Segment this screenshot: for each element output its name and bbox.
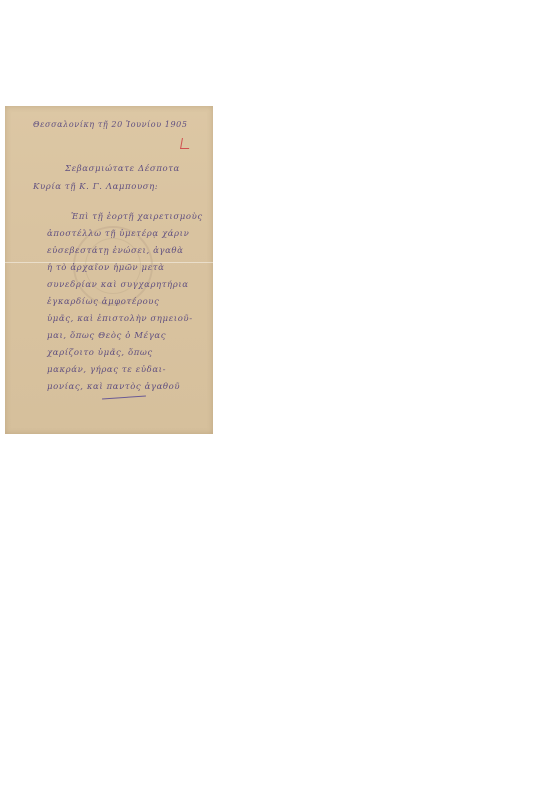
salutation-line-2: Κυρία τῇ Κ. Γ. Λαμπουση: — [33, 182, 158, 192]
body-line: ἡ τὸ ἀρχαῖον ἡμῶν μετὰ — [47, 263, 164, 273]
body-line: μαι, ὅπως Θεὸς ὁ Μέγας — [47, 331, 166, 341]
archive-mark — [180, 138, 191, 149]
letter-page: Θεσσαλονίκη τῇ 20 Ἰουνίου 1905 Σεβασμιώτ… — [5, 106, 213, 434]
body-line: μακράν, γήρας τε εὐδαι- — [47, 365, 166, 375]
signature-stroke — [102, 395, 146, 399]
body-line: μονίας, καὶ παντὸς ἀγαθοῦ — [47, 382, 180, 392]
salutation-line-1: Σεβασμιώτατε Δέσποτα — [65, 164, 180, 174]
body-line: χαρίζοιτο ὑμᾶς, ὅπως — [47, 348, 153, 358]
body-line: ὑμᾶς, καὶ ἐπιστολὴν σημειοῦ- — [47, 314, 193, 324]
date-line: Θεσσαλονίκη τῇ 20 Ἰουνίου 1905 — [33, 120, 188, 129]
body-line: Ἐπὶ τῇ ἑορτῇ χαιρετισμοὺς — [71, 212, 203, 222]
body-line: ἐγκαρδίως ἀμφοτέρους — [47, 297, 159, 307]
body-line: συνεδρίαν καὶ συγχαρητήρια — [47, 280, 189, 290]
body-line: ἀποστέλλω τῇ ὑμετέρᾳ χάριν — [47, 229, 189, 239]
body-line: εὐσεβεστάτῃ ἐνώσει, ἀγαθὰ — [47, 246, 184, 256]
